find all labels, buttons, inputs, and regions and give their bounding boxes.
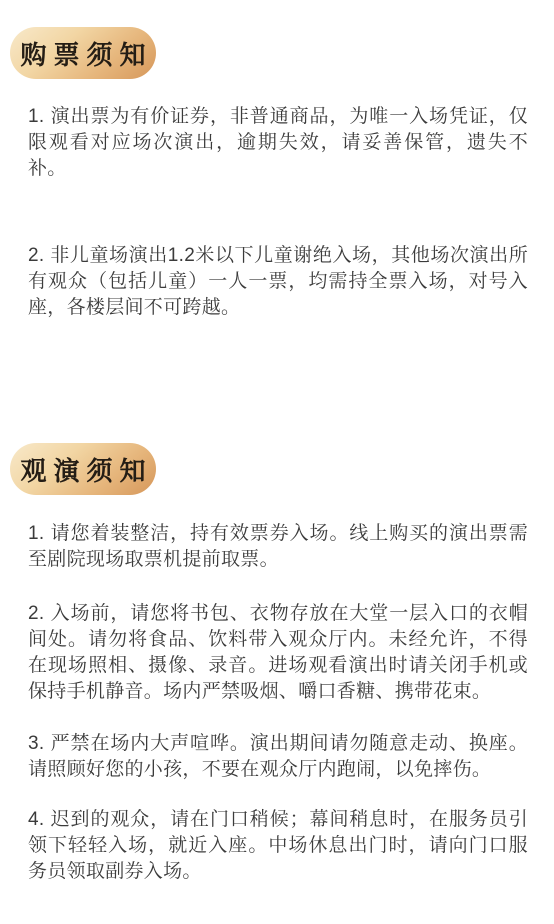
- notice-page: 购票须知 1. 演出票为有价证券，非普通商品，为唯一入场凭证，仅限观看对应场次演…: [0, 0, 554, 924]
- notice-paragraph: 1. 演出票为有价证券，非普通商品，为唯一入场凭证，仅限观看对应场次演出，逾期失…: [28, 104, 528, 182]
- section-title: 购票须知: [20, 35, 152, 72]
- section-badge-viewing: 观演须知: [10, 443, 156, 495]
- notice-paragraph: 4. 迟到的观众，请在门口稍候；幕间稍息时，在服务员引领下轻轻入场，就近入座。中…: [28, 807, 528, 885]
- notice-paragraph: 2. 入场前，请您将书包、衣物存放在大堂一层入口的衣帽间处。请勿将食品、饮料带入…: [28, 601, 528, 705]
- section-title: 观演须知: [20, 451, 152, 488]
- notice-paragraph: 3. 严禁在场内大声喧哗。演出期间请勿随意走动、换座。请照顾好您的小孩，不要在观…: [28, 731, 528, 783]
- section-badge-ticket-purchase: 购票须知: [10, 27, 156, 79]
- notice-paragraph: 2. 非儿童场演出1.2米以下儿童谢绝入场，其他场次演出所有观众（包括儿童）一人…: [28, 243, 528, 321]
- notice-paragraph: 1. 请您着装整洁，持有效票券入场。线上购买的演出票需至剧院现场取票机提前取票。: [28, 521, 528, 573]
